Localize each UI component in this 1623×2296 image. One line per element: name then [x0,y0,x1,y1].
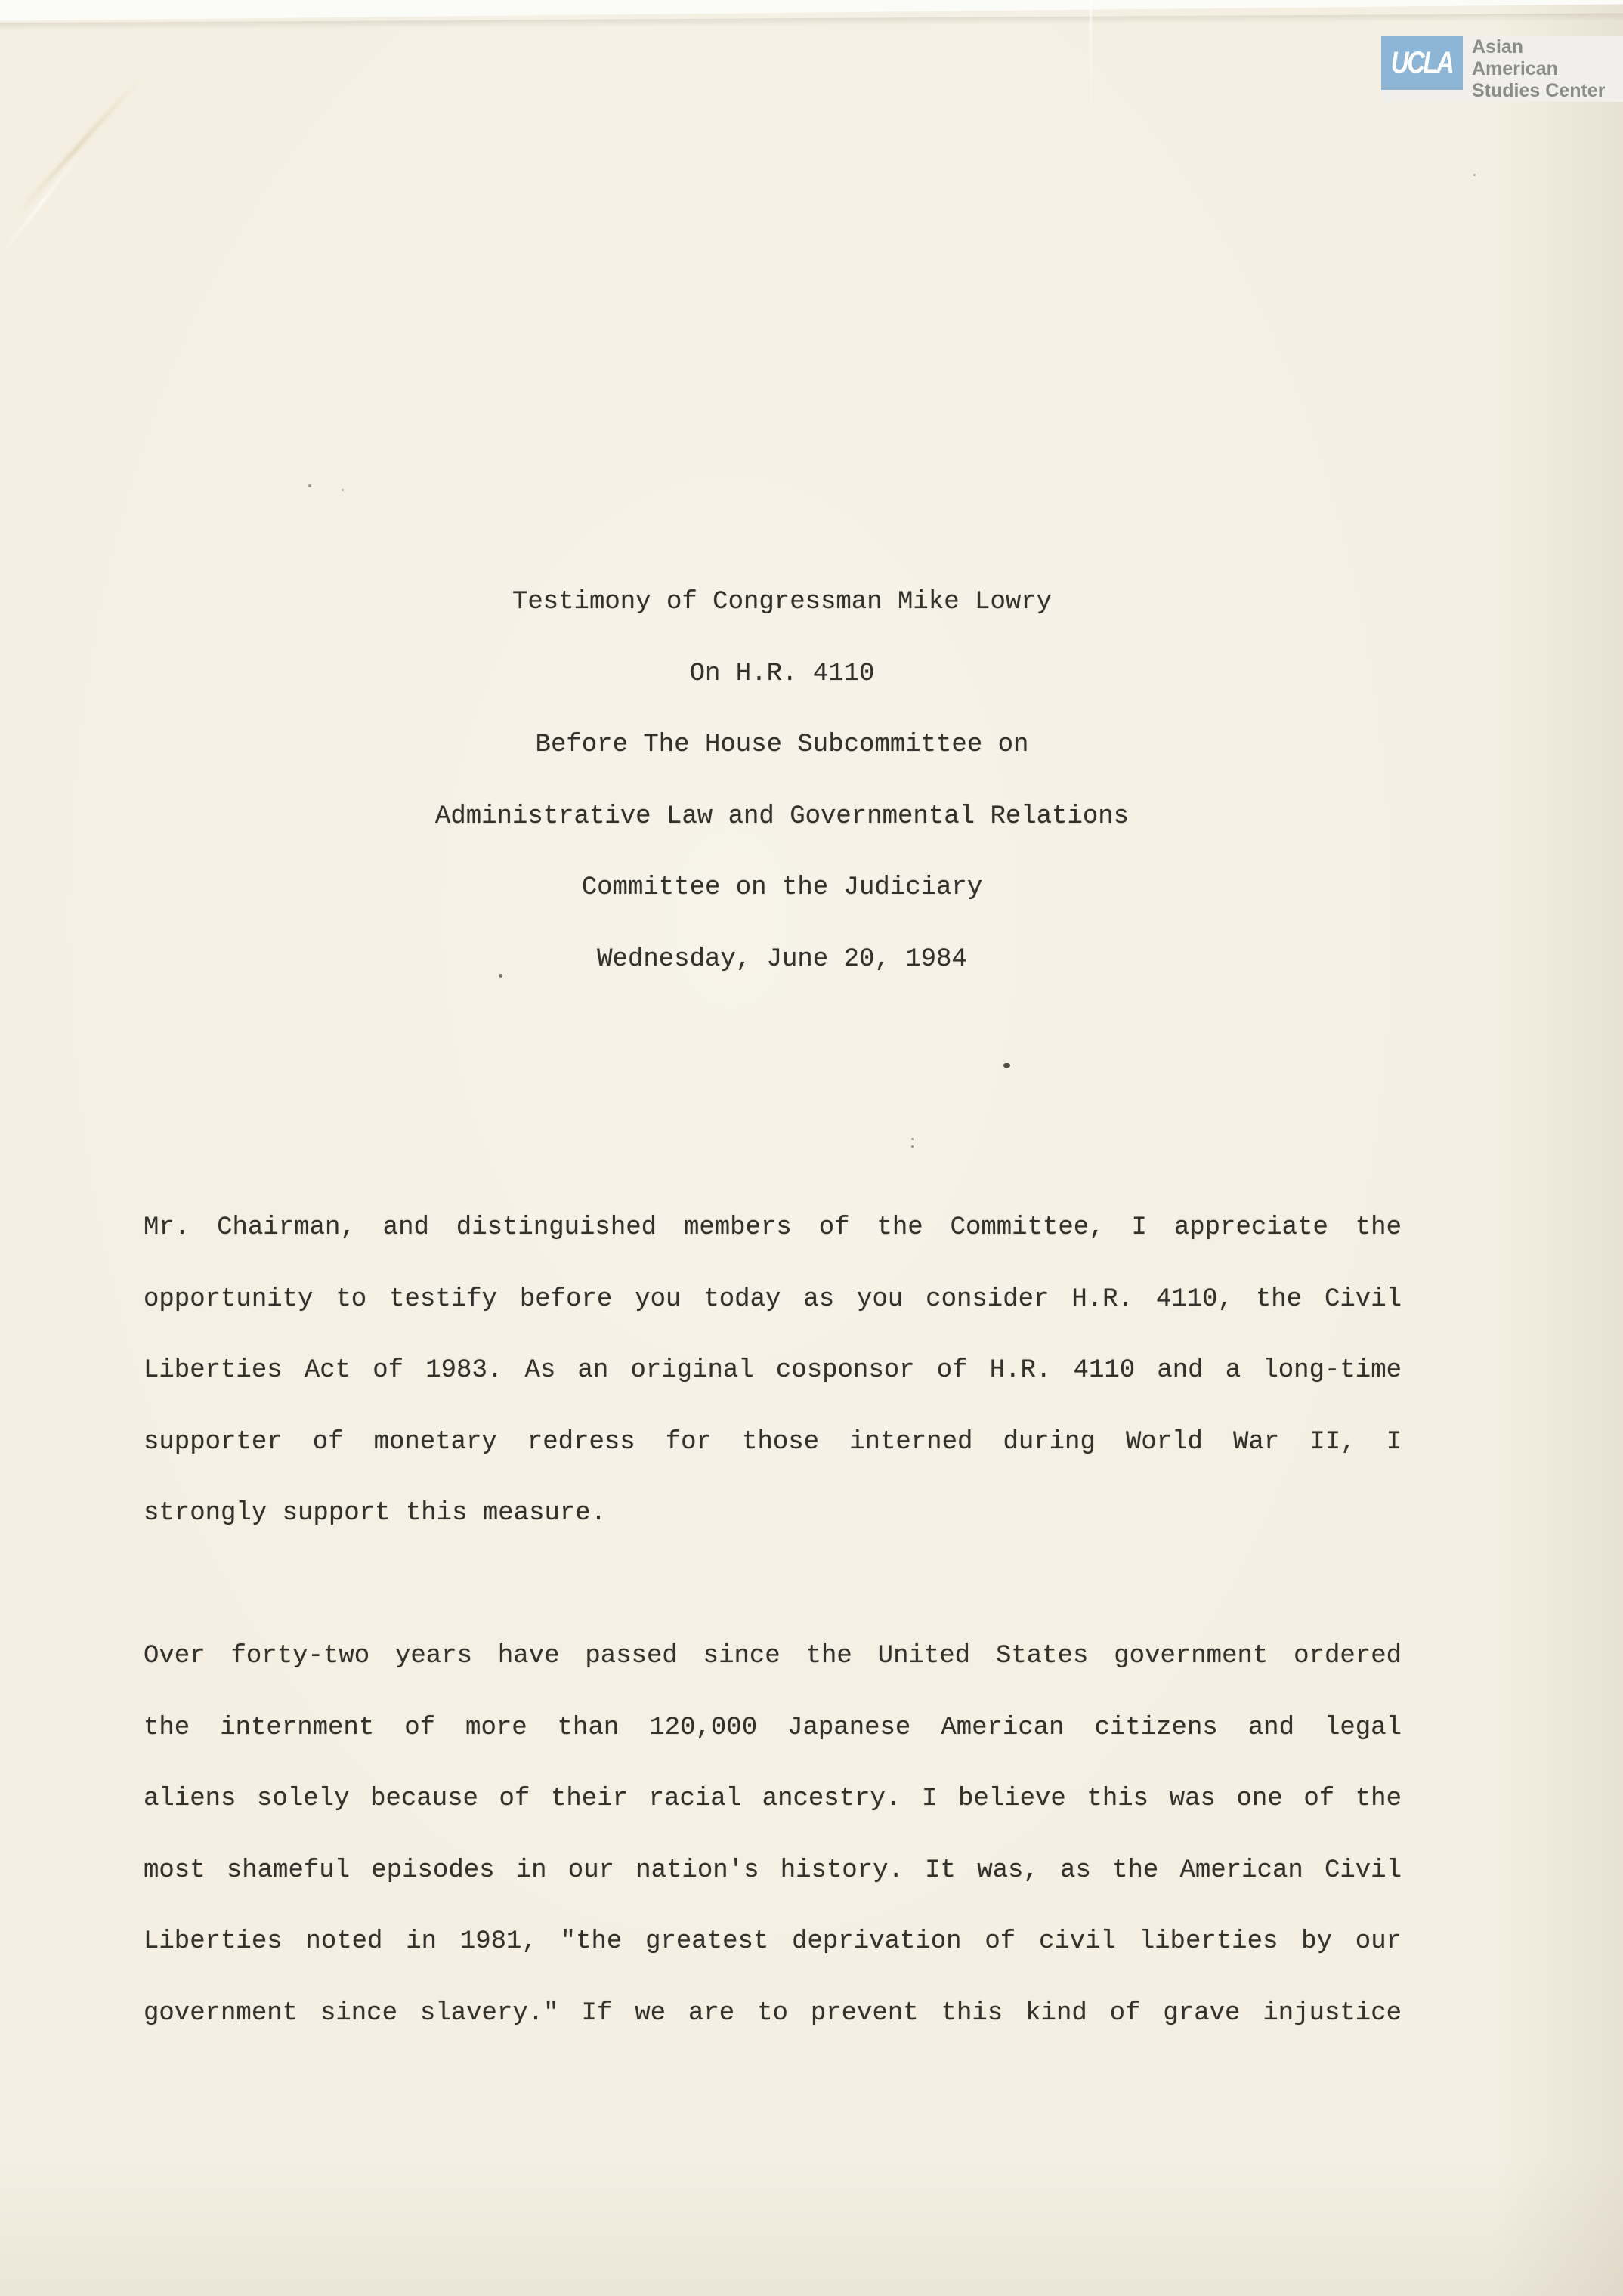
body-line: most shameful episodes in our nation's h… [144,1835,1402,1907]
ucla-watermark-badge: UCLA Asian American Studies Center [1381,36,1623,102]
body-line: Liberties Act of 1983. As an original co… [144,1335,1402,1407]
heading-line: Committee on the Judiciary [144,852,1421,924]
body-line: aliens solely because of their racial an… [144,1763,1402,1835]
heading-line: Wednesday, June 20, 1984 [144,924,1421,996]
scan-speck [911,1138,914,1140]
body-line: supporter of monetary redress for those … [144,1407,1402,1479]
paragraph: Over forty-two years have passed since t… [144,1621,1402,2049]
scan-speck [1473,174,1476,176]
body-line: Mr. Chairman, and distinguished members … [144,1192,1402,1264]
heading-line: On H.R. 4110 [144,638,1421,710]
scan-speck [1003,1063,1010,1068]
document-heading: Testimony of Congressman Mike Lowry On H… [144,567,1421,995]
body-line: government since slavery." If we are to … [144,1978,1402,2050]
heading-line: Before The House Subcommittee on [144,709,1421,781]
body-line: Over forty-two years have passed since t… [144,1621,1402,1692]
org-name-line1: Asian American [1472,36,1612,80]
scan-speck [342,489,344,491]
paragraph: Mr. Chairman, and distinguished members … [144,1192,1402,1550]
scan-speck [308,484,311,487]
body-line: Liberties noted in 1981, "the greatest d… [144,1906,1402,1978]
top-crease [1090,0,1092,125]
org-name: Asian American Studies Center [1463,36,1612,102]
scan-speck [911,1145,914,1148]
ucla-logo-text: UCLA [1391,46,1452,80]
body-line: the internment of more than 120,000 Japa… [144,1692,1402,1764]
document-body: Mr. Chairman, and distinguished members … [144,1192,1402,2049]
heading-line: Testimony of Congressman Mike Lowry [144,567,1421,638]
ucla-logo: UCLA [1381,36,1463,90]
body-line: strongly support this measure. [144,1478,1402,1550]
body-line: opportunity to testify before you today … [144,1264,1402,1336]
org-name-line2: Studies Center [1472,80,1612,102]
heading-line: Administrative Law and Governmental Rela… [144,781,1421,853]
